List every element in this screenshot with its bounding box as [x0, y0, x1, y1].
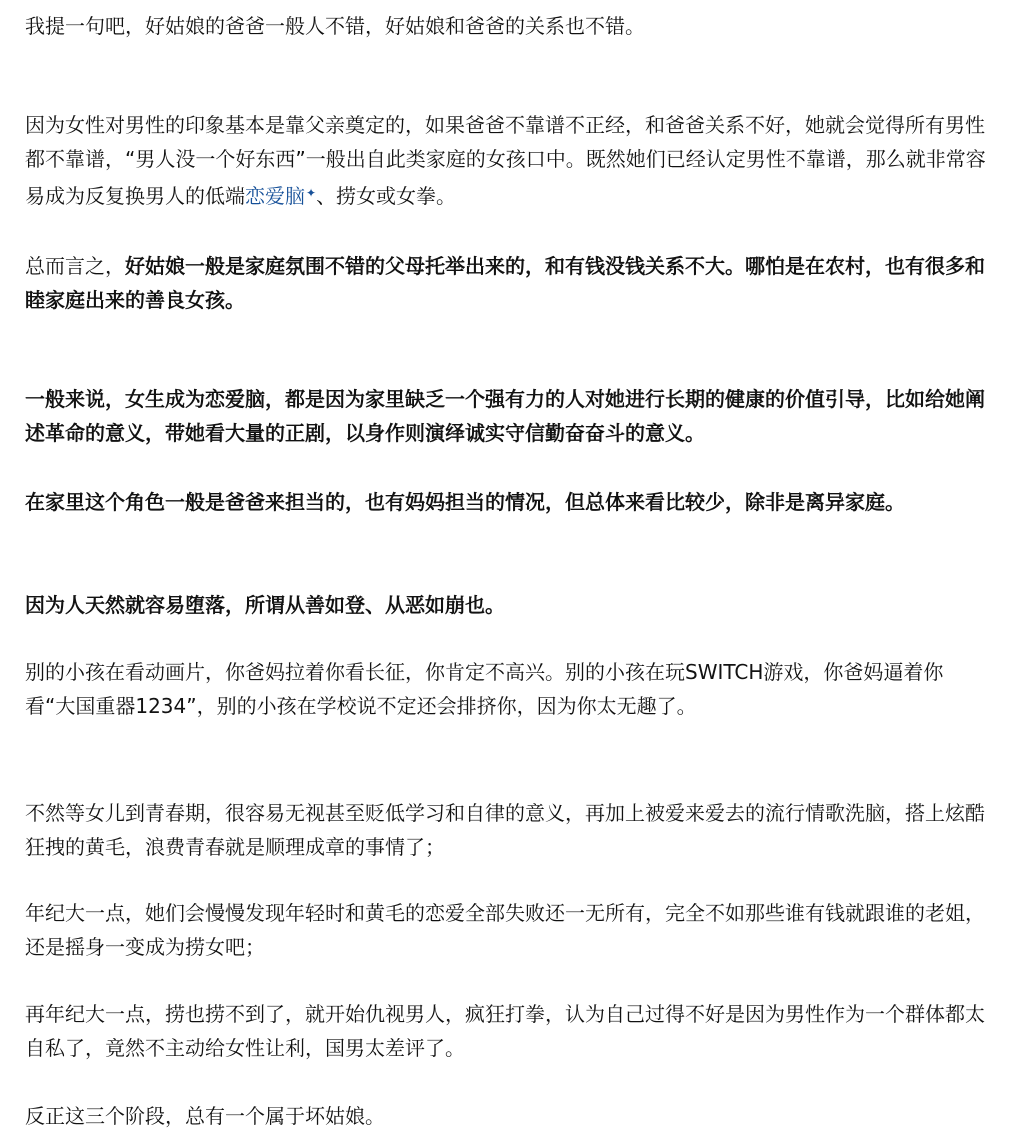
- paragraph-2-text-after: 、捞女或女拳。: [316, 184, 456, 208]
- paragraph-1: 我提一句吧，好姑娘的爸爸一般人不错，好姑娘和爸爸的关系也不错。: [25, 9, 993, 43]
- keyword-link-text: 恋爱脑: [245, 184, 305, 208]
- paragraph-3: 总而言之，好姑娘一般是家庭氛围不错的父母托举出来的，和有钱没钱关系不大。哪怕是在…: [25, 249, 993, 317]
- keyword-link-lianainao[interactable]: 恋爱脑✦: [245, 184, 316, 208]
- paragraph-3-text-normal: 总而言之，: [25, 254, 125, 278]
- paragraph-3-text-bold: 好姑娘一般是家庭氛围不错的父母托举出来的，和有钱没钱关系不大。哪怕是在农村，也有…: [25, 254, 985, 312]
- paragraph-4: 一般来说，女生成为恋爱脑，都是因为家里缺乏一个强有力的人对她进行长期的健康的价值…: [25, 382, 993, 450]
- paragraph-6: 因为人天然就容易堕落，所谓从善如登、从恶如崩也。: [25, 588, 993, 622]
- paragraph-9: 年纪大一点，她们会慢慢发现年轻时和黄毛的恋爱全部失败还一无所有，完全不如那些谁有…: [25, 896, 993, 964]
- paragraph-2-text-before: 因为女性对男性的印象基本是靠父亲奠定的，如果爸爸不靠谱不正经，和爸爸关系不好，她…: [25, 113, 986, 208]
- paragraph-10: 再年纪大一点，捞也捞不到了，就开始仇视男人，疯狂打拳，认为自己过得不好是因为男性…: [25, 997, 993, 1065]
- paragraph-2: 因为女性对男性的印象基本是靠父亲奠定的，如果爸爸不靠谱不正经，和爸爸关系不好，她…: [25, 108, 993, 213]
- paragraph-11: 反正这三个阶段，总有一个属于坏姑娘。: [25, 1099, 993, 1133]
- paragraph-5: 在家里这个角色一般是爸爸来担当的，也有妈妈担当的情况，但总体来看比较少，除非是离…: [25, 485, 993, 519]
- paragraph-8: 不然等女儿到青春期，很容易无视甚至贬低学习和自律的意义，再加上被爱来爱去的流行情…: [25, 796, 993, 864]
- sparkle-icon: ✦: [306, 186, 316, 200]
- paragraph-7: 别的小孩在看动画片，你爸妈拉着你看长征，你肯定不高兴。别的小孩在玩SWITCH游…: [25, 655, 993, 723]
